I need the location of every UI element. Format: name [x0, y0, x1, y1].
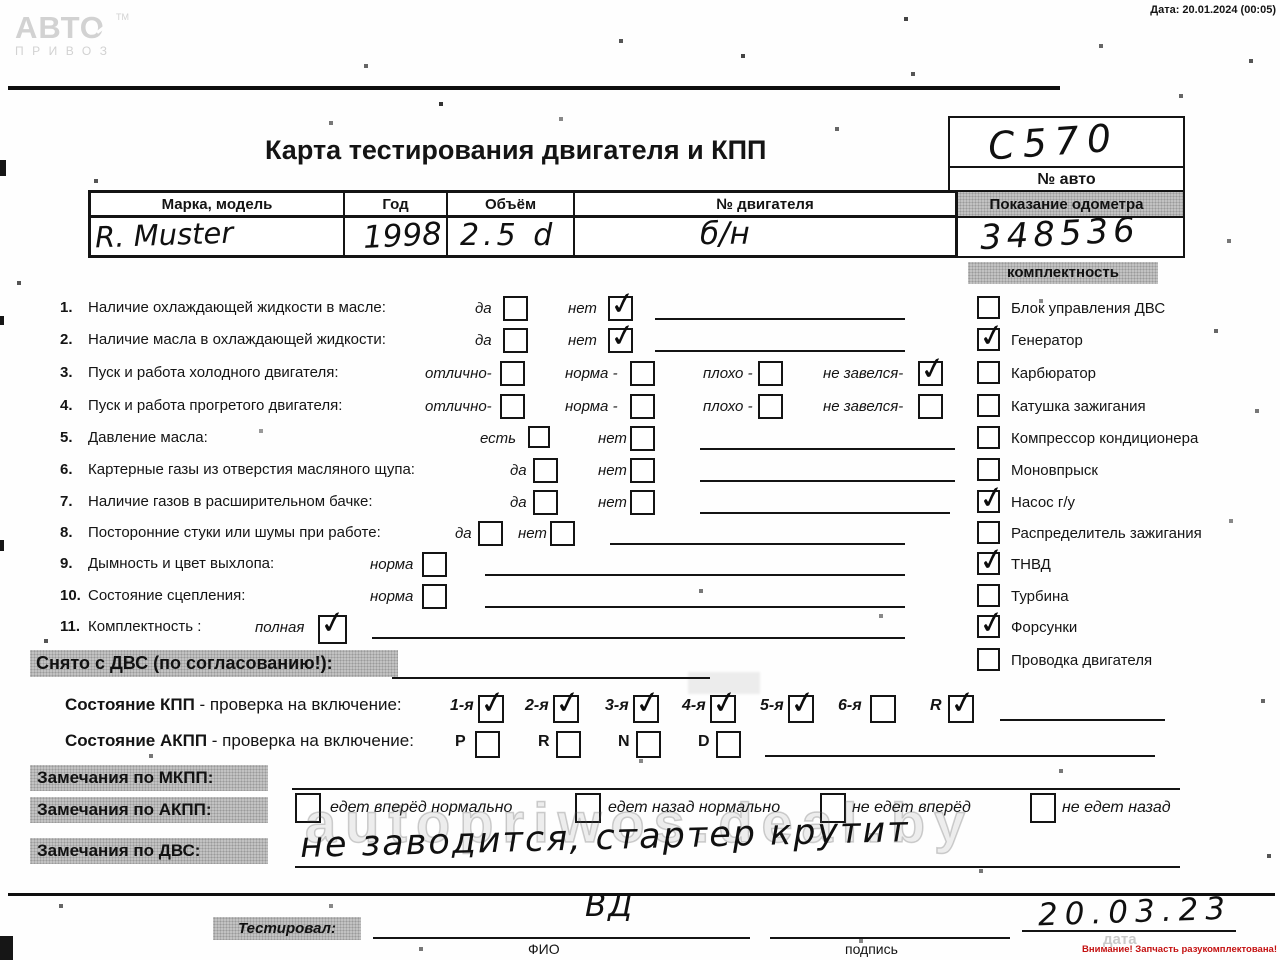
- blank-line: [292, 766, 1180, 790]
- scan-edge-mark: [0, 160, 6, 176]
- top-divider: [8, 86, 1060, 90]
- option-label: да: [455, 525, 472, 542]
- equipment-row: Турбина: [977, 584, 1277, 614]
- blank-line: [765, 733, 1155, 757]
- avtoprivoz-logo: АВТО TM ПРИВОЗ: [15, 14, 115, 58]
- option-label: не завелся-: [823, 398, 903, 415]
- item-text: Давление масла:: [88, 429, 208, 446]
- akpp-state-row: Состояние АКПП - проверка на включение: …: [65, 731, 1265, 763]
- equipment-label: Проводка двигателя: [1011, 652, 1152, 669]
- item-number: 2.: [60, 331, 73, 348]
- volume-handwriting: 2.5 d: [460, 218, 556, 253]
- mkpp-remarks-label: Замечания по МКПП:: [30, 765, 268, 791]
- gear-label: 4-я: [682, 697, 706, 715]
- page-title: Карта тестирования двигателя и КПП: [265, 135, 766, 166]
- checkbox[interactable]: [475, 731, 500, 758]
- scan-noise: [0, 0, 2, 2]
- item-text: Наличие газов в расширительном бачке:: [88, 493, 373, 510]
- scan-edge-mark: [0, 316, 4, 325]
- checkbox[interactable]: [630, 394, 655, 419]
- option-label: да: [475, 300, 492, 317]
- option-label: норма: [370, 556, 413, 573]
- option-label: норма -: [565, 365, 618, 382]
- checkbox[interactable]: [422, 552, 447, 577]
- equipment-row: Катушка зажигания: [977, 394, 1277, 424]
- option-label: норма: [370, 588, 413, 605]
- fio-line: [373, 915, 750, 939]
- blank-line: [1000, 697, 1165, 721]
- item-number: 11.: [60, 618, 80, 635]
- equipment-label: Распределитель зажигания: [1011, 525, 1202, 542]
- akpp-label: Состояние АКПП: [65, 731, 207, 750]
- checkbox[interactable]: [608, 328, 633, 353]
- option-label: полная: [255, 619, 304, 636]
- equipment-label: Карбюратор: [1011, 365, 1096, 382]
- option-label: нет: [598, 430, 627, 447]
- checkbox[interactable]: [758, 361, 783, 386]
- checkbox[interactable]: [422, 584, 447, 609]
- blank-line: [392, 655, 710, 679]
- item-number: 6.: [60, 461, 73, 478]
- checkbox[interactable]: [758, 394, 783, 419]
- logo-subtext: ПРИВОЗ: [15, 44, 115, 58]
- equipment-row: Распределитель зажигания: [977, 521, 1277, 551]
- equipment-row: Карбюратор: [977, 361, 1277, 391]
- checklist-row-5: 5. Давление масла: есть нет: [60, 426, 970, 456]
- checkbox[interactable]: [633, 695, 659, 723]
- checklist-row-6: 6. Картерные газы из отверстия масляного…: [60, 458, 970, 488]
- item-number: 4.: [60, 397, 73, 414]
- checkbox[interactable]: [503, 328, 528, 353]
- equipment-row: Компрессор кондиционера: [977, 426, 1277, 456]
- checkbox[interactable]: [630, 426, 655, 451]
- checkbox[interactable]: [977, 648, 1000, 671]
- odometer-cell: 348536: [950, 218, 1183, 256]
- option-label: нет: [518, 525, 547, 542]
- checklist-row-4: 4. Пуск и работа прогретого двигателя: о…: [60, 394, 970, 424]
- blank-line: [700, 458, 955, 482]
- option-label: нет: [568, 300, 597, 317]
- blank-line: [485, 552, 905, 576]
- item-number: 8.: [60, 524, 73, 541]
- item-number: 10.: [60, 587, 81, 604]
- blank-line: [655, 328, 905, 352]
- checkbox[interactable]: [918, 394, 943, 419]
- checkbox[interactable]: [977, 394, 1000, 417]
- blank-line: [700, 490, 950, 514]
- option-label: да: [510, 462, 527, 479]
- checklist-row-2: 2. Наличие масла в охлаждающей жидкости:…: [60, 328, 970, 358]
- selector-label: P: [455, 733, 466, 751]
- table-cell: 2.5 d: [448, 218, 575, 255]
- vehicle-info-table: Марка, модель Год Объём № двигателя R. M…: [88, 190, 958, 258]
- checkbox[interactable]: [500, 394, 525, 419]
- year-handwriting: 1998: [362, 216, 443, 256]
- checkbox[interactable]: [533, 458, 558, 483]
- checkbox[interactable]: [630, 490, 655, 515]
- signature-label: подпись: [845, 941, 898, 957]
- gear-label: 1-я: [450, 697, 474, 715]
- kpp-label-rest: - проверка на включение:: [195, 695, 402, 714]
- option-label: да: [510, 494, 527, 511]
- tested-by-label: Тестировал:: [213, 917, 361, 940]
- checkbox[interactable]: [550, 521, 575, 546]
- option-label: нет: [568, 332, 597, 349]
- checkbox[interactable]: [1030, 793, 1056, 823]
- checkbox[interactable]: [500, 361, 525, 386]
- item-text: Наличие масла в охлаждающей жидкости:: [88, 331, 386, 348]
- blank-line: [655, 296, 905, 320]
- fio-handwriting: ВД: [585, 888, 635, 924]
- kpp-state-row: Состояние КПП - проверка на включение: 1…: [65, 695, 1265, 727]
- item-number: 3.: [60, 364, 73, 381]
- option-label: плохо -: [703, 365, 753, 382]
- equipment-row: Насос г/у: [977, 490, 1277, 520]
- removed-from-engine-label: Снято с ДВС (по согласованию!):: [30, 650, 398, 677]
- checkbox[interactable]: [553, 695, 579, 723]
- odometer-handwriting: 348536: [979, 210, 1141, 258]
- equipment-label: ТНВД: [1011, 556, 1051, 573]
- checkbox[interactable]: [636, 731, 661, 758]
- equipment-label: Компрессор кондиционера: [1011, 430, 1198, 447]
- date-line: [1022, 908, 1236, 932]
- signature-line: [770, 915, 1010, 939]
- column-header: Год: [345, 193, 448, 218]
- item-number: 1.: [60, 299, 73, 316]
- checklist-row-9: 9. Дымность и цвет выхлопа: норма: [60, 552, 970, 582]
- item-text: Пуск и работа холодного двигателя:: [88, 364, 339, 381]
- equipment-row: Моновпрыск: [977, 458, 1277, 488]
- checkbox[interactable]: [710, 695, 736, 723]
- checklist-row-8: 8. Посторонние стуки или шумы при работе…: [60, 521, 970, 551]
- selector-label: N: [618, 733, 630, 751]
- selector-label: R: [538, 733, 550, 751]
- option-label: нет: [598, 462, 627, 479]
- equipment-label: Катушка зажигания: [1011, 398, 1146, 415]
- checklist-row-1: 1. Наличие охлаждающей жидкости в масле:…: [60, 296, 970, 326]
- checkbox[interactable]: [478, 521, 503, 546]
- scanned-test-card: АВТО TM ПРИВОЗ Дата: 20.01.2024 (00:05) …: [0, 0, 1280, 960]
- checkbox[interactable]: [630, 458, 655, 483]
- table-cell: б/н: [575, 218, 955, 255]
- checkbox[interactable]: [528, 426, 550, 448]
- option-label: отлично-: [425, 398, 492, 415]
- column-header: Объём: [448, 193, 575, 218]
- checkbox[interactable]: [977, 615, 1000, 638]
- scan-date-stamp: Дата: 20.01.2024 (00:05): [1150, 4, 1276, 16]
- checkbox[interactable]: [948, 695, 974, 723]
- checkbox[interactable]: [533, 490, 558, 515]
- checkbox[interactable]: [977, 328, 1000, 351]
- checkbox[interactable]: [318, 615, 347, 644]
- dvs-remarks-label: Замечания по ДВС:: [30, 838, 268, 864]
- checkbox[interactable]: [918, 361, 943, 386]
- blank-line: [610, 521, 905, 545]
- checkbox[interactable]: [870, 695, 896, 723]
- item-text: Наличие охлаждающей жидкости в масле:: [88, 299, 386, 316]
- checkbox[interactable]: [977, 296, 1000, 319]
- option-label: да: [475, 332, 492, 349]
- checkbox[interactable]: [977, 552, 1000, 575]
- checklist-row-11: 11. Комплектность : полная: [60, 615, 970, 645]
- gear-label: 6-я: [838, 697, 862, 715]
- checkbox[interactable]: [556, 731, 581, 758]
- equipment-row: ТНВД: [977, 552, 1277, 582]
- blank-line: [700, 426, 955, 450]
- car-number-handwriting: C570: [987, 115, 1121, 168]
- equipment-section-header: комплектность: [968, 262, 1158, 284]
- blank-line: [372, 615, 905, 639]
- fio-label: ФИО: [528, 941, 560, 957]
- checklist-row-7: 7. Наличие газов в расширительном бачке:…: [60, 490, 970, 520]
- option-label: не едет назад: [1062, 799, 1171, 817]
- item-number: 5.: [60, 429, 73, 446]
- akpp-label-rest: - проверка на включение:: [207, 731, 414, 750]
- checkbox[interactable]: [977, 458, 1000, 481]
- table-cell: R. Muster: [91, 218, 345, 255]
- option-label: плохо -: [703, 398, 753, 415]
- option-label: не завелся-: [823, 365, 903, 382]
- item-text: Посторонние стуки или шумы при работе:: [88, 524, 381, 541]
- checkbox[interactable]: [977, 426, 1000, 449]
- selector-label: D: [698, 733, 710, 751]
- item-text: Дымность и цвет выхлопа:: [88, 555, 274, 572]
- logo-trademark: TM: [116, 12, 129, 22]
- column-header: Марка, модель: [91, 193, 345, 218]
- option-label: отлично-: [425, 365, 492, 382]
- option-label: норма -: [565, 398, 618, 415]
- table-cell: 1998: [345, 218, 448, 255]
- make-model-handwriting: R. Muster: [94, 216, 233, 255]
- item-text: Комплектность :: [88, 618, 201, 635]
- kpp-label: Состояние КПП: [65, 695, 195, 714]
- checkbox[interactable]: [977, 361, 1000, 384]
- item-text: Картерные газы из отверстия масляного щу…: [88, 461, 415, 478]
- checkbox[interactable]: [630, 361, 655, 386]
- equipment-label: Форсунки: [1011, 619, 1077, 636]
- engine-number-handwriting: б/н: [700, 216, 750, 252]
- gear-label: R: [930, 697, 942, 715]
- car-number-label: № авто: [950, 168, 1183, 192]
- checkbox[interactable]: [716, 731, 741, 758]
- car-number-box: C570 № авто Показание одометра 348536: [948, 116, 1185, 258]
- equipment-label: Блок управления ДВС: [1011, 300, 1165, 317]
- option-label: нет: [598, 494, 627, 511]
- equipment-label: Генератор: [1011, 332, 1083, 349]
- blank-line: [485, 584, 905, 608]
- item-text: Состояние сцепления:: [88, 587, 245, 604]
- gear-label: 3-я: [605, 697, 629, 715]
- equipment-label: Насос г/у: [1011, 494, 1075, 511]
- equipment-label: Моновпрыск: [1011, 462, 1098, 479]
- checklist-row-10: 10. Состояние сцепления: норма: [60, 584, 970, 614]
- equipment-row: Проводка двигателя: [977, 648, 1277, 678]
- equipment-label: Турбина: [1011, 588, 1069, 605]
- scan-edge-mark: [0, 540, 4, 551]
- checkbox[interactable]: [788, 695, 814, 723]
- item-number: 7.: [60, 493, 73, 510]
- checkbox[interactable]: [478, 695, 504, 723]
- checkbox[interactable]: [503, 296, 528, 321]
- column-header: № двигателя: [575, 193, 955, 218]
- warning-text: Внимание! Запчасть разукомплектована!: [1082, 944, 1277, 955]
- checkbox[interactable]: [977, 490, 1000, 513]
- scan-corner-blot: [0, 936, 13, 960]
- option-label: есть: [480, 430, 516, 447]
- checklist-row-3: 3. Пуск и работа холодного двигателя: от…: [60, 361, 970, 391]
- equipment-row: Форсунки: [977, 615, 1277, 645]
- gear-label: 5-я: [760, 697, 784, 715]
- equipment-row: Генератор: [977, 328, 1277, 358]
- gear-label: 2-я: [525, 697, 549, 715]
- item-text: Пуск и работа прогретого двигателя:: [88, 397, 342, 414]
- equipment-row: Блок управления ДВС: [977, 296, 1277, 326]
- car-number-cell: C570: [950, 118, 1183, 168]
- item-number: 9.: [60, 555, 73, 572]
